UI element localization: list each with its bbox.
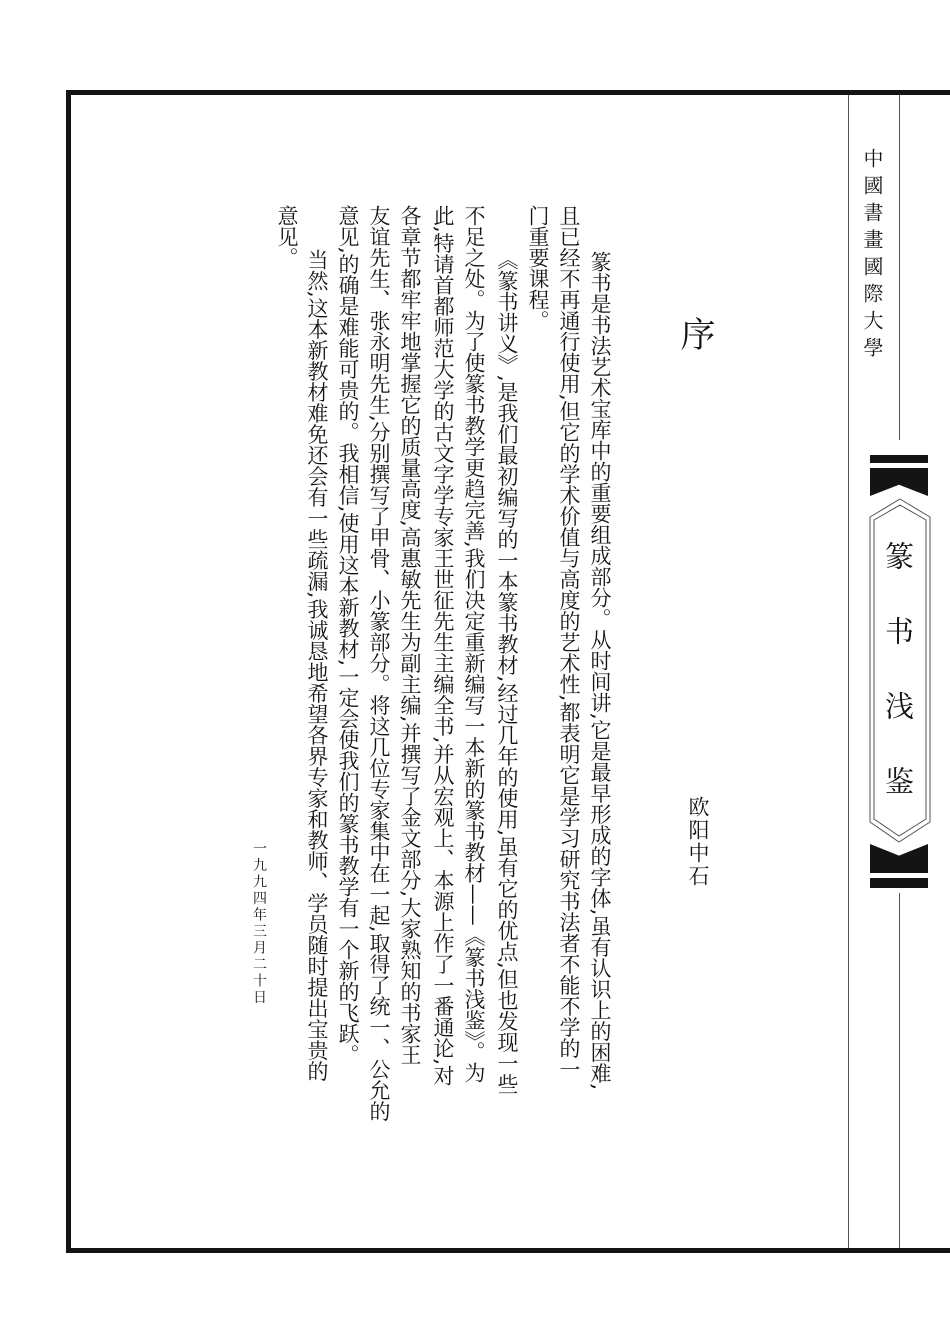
- text-column-3: 门重要课程。: [527, 205, 549, 331]
- margin-rule-outer-top: [899, 95, 900, 440]
- tab-rule-bar-top: [870, 455, 928, 463]
- text-column-4: 《篆书讲义》,是我们最初编写的一本篆书教材,经过几年的使用,虽有它的优点,但也发…: [496, 249, 518, 1095]
- publisher-name: 中國書畫國際大學: [861, 148, 883, 364]
- text-column-11: 意见。: [276, 205, 298, 268]
- text-column-10: 当然,这本新教材难免还会有一些疏漏,我诚恳地希望各界专家和教师、学员随时提出宝贵…: [306, 249, 328, 1081]
- text-column-5: 不足之处。为了使篆书教学更趋完善,我们决定重新编写一本新的篆书教材——《篆书浅鉴…: [463, 205, 485, 1083]
- text-column-1: 篆书是书法艺术宝库中的重要组成部分。从时间讲,它是最早形成的字体,虽有认识上的困…: [589, 251, 611, 1090]
- tab-ribbon-top-icon: [870, 468, 928, 496]
- text-column-7: 各章节都牢牢地掌握它的质量高度,高惠敏先生为副主编,并撰写了金文部分,大家熟知的…: [399, 205, 421, 1065]
- tab-rule-bar-bottom: [870, 878, 928, 888]
- book-title: 篆书浅鉴: [883, 541, 913, 841]
- text-column-6: 此,特请首都师范大学的古文字学专家王世征先生主编全书,并从宏观上、本源上作了一番…: [432, 205, 454, 1086]
- margin-rule-inner: [848, 95, 849, 1248]
- frame-border-left: [66, 90, 71, 1253]
- text-column-8: 友谊先生、张永明先生,分别撰写了甲骨、小篆部分。将这几位专家集中在一起,取得了统…: [368, 205, 390, 1121]
- text-column-2: 且已经不再通行使用,但它的学术价值与高度的艺术性,都表明它是学习研究书法者不能不…: [558, 205, 580, 1079]
- scanned-book-page: 中國書畫國際大學 篆书浅鉴 序 欧阳中石 篆书是书法艺术宝库中的重要组成部分。从…: [0, 0, 950, 1344]
- preface-title: 序: [679, 318, 717, 354]
- preface-date: 一九九四年三月二十日: [251, 841, 266, 1006]
- tab-ribbon-bottom-icon: [870, 844, 928, 873]
- text-column-9: 意见,的确是难能可贵的。我相信,使用这本新教材,一定会使我们的篆书教学有一个新的…: [337, 205, 359, 1065]
- frame-border-bottom: [66, 1248, 950, 1253]
- author-signature: 欧阳中石: [687, 796, 709, 888]
- frame-border-top: [66, 90, 950, 95]
- margin-rule-outer-bottom: [899, 893, 900, 1248]
